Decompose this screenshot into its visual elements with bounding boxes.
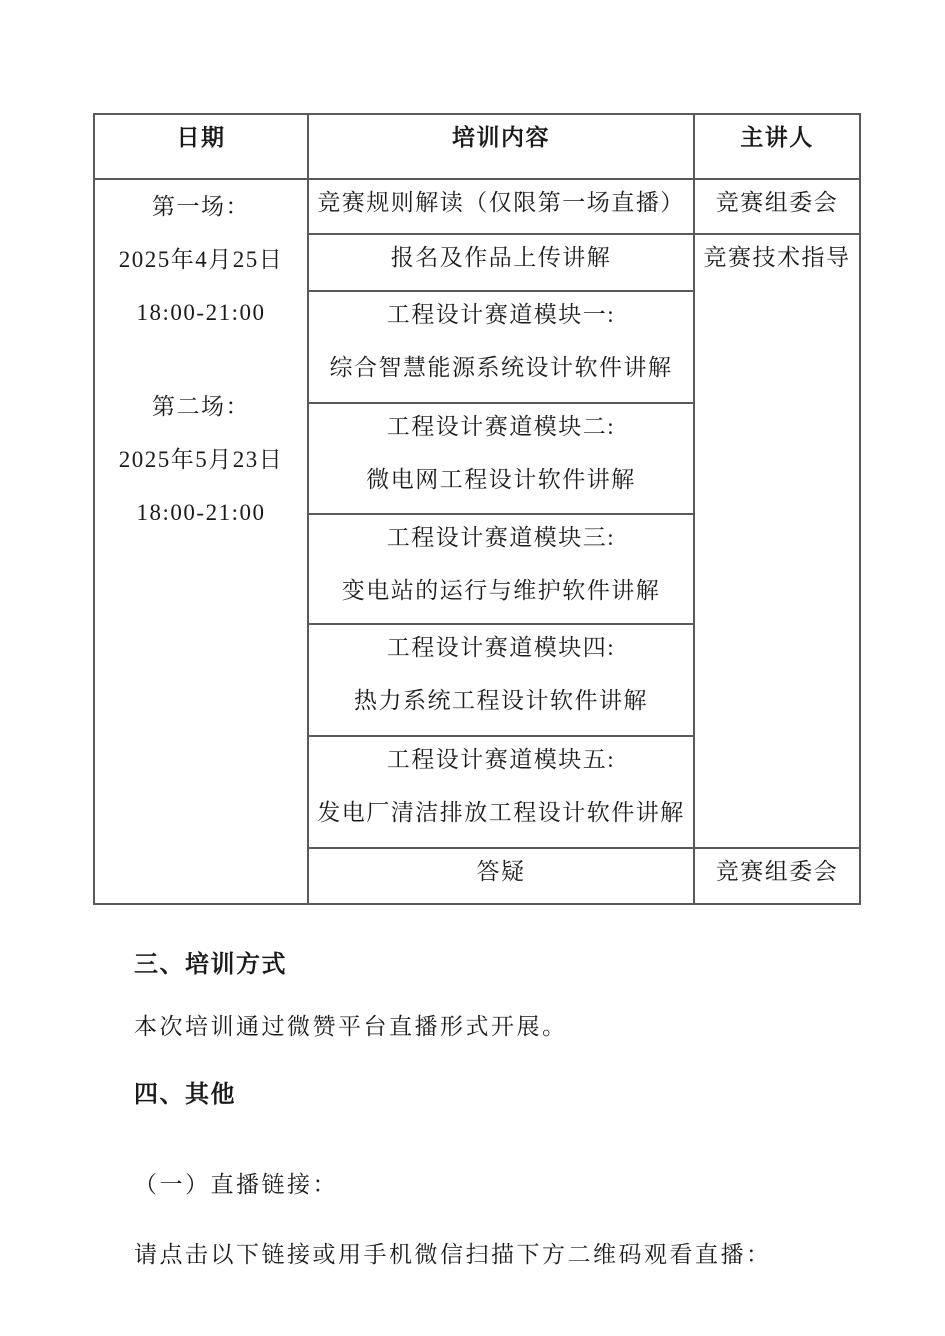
section3-body: 本次培训通过微赞平台直播形式开展。 — [134, 1013, 568, 1041]
header-date-label: 日期 — [95, 115, 307, 161]
content-line: 工程设计赛道模块二: — [309, 404, 693, 450]
section4-sub-heading: （一）直播链接： — [134, 1171, 338, 1199]
content-cell-rules: 竞赛规则解读（仅限第一场直播） — [308, 179, 694, 234]
section4-body: 请点击以下链接或用手机微信扫描下方二维码观看直播： — [134, 1241, 772, 1269]
content-line: 微电网工程设计软件讲解 — [309, 457, 693, 503]
content-cell-module1: 工程设计赛道模块一: 综合智慧能源系统设计软件讲解 — [308, 291, 694, 403]
content-line: 工程设计赛道模块三: — [309, 515, 693, 561]
session1-title: 第一场： — [95, 180, 307, 233]
session2-time: 18:00-21:00 — [95, 486, 307, 539]
content-line: 工程设计赛道模块五: — [309, 737, 693, 783]
header-date: 日期 — [94, 114, 308, 179]
document-page: 日期 培训内容 主讲人 第一场： 2025年4月25日 18:00-21:00 … — [0, 0, 945, 1336]
content-line: 工程设计赛道模块四: — [309, 625, 693, 671]
content-line: 变电站的运行与维护软件讲解 — [309, 568, 693, 614]
header-speaker: 主讲人 — [694, 114, 860, 179]
session-gap — [95, 339, 307, 380]
content-cell-qa: 答疑 — [308, 848, 694, 904]
content-line: 热力系统工程设计软件讲解 — [309, 678, 693, 724]
session2-date: 2025年5月23日 — [95, 433, 307, 486]
content-line: 工程设计赛道模块一: — [309, 292, 693, 338]
header-content-label: 培训内容 — [309, 115, 693, 161]
speaker-label: 竞赛组委会 — [695, 849, 859, 895]
content-line: 发电厂清洁排放工程设计软件讲解 — [309, 790, 693, 836]
session1-time: 18:00-21:00 — [95, 286, 307, 339]
content-cell-module2: 工程设计赛道模块二: 微电网工程设计软件讲解 — [308, 403, 694, 514]
content-cell-module4: 工程设计赛道模块四: 热力系统工程设计软件讲解 — [308, 624, 694, 736]
table-header-row: 日期 培训内容 主讲人 — [94, 114, 860, 179]
content-cell-module5: 工程设计赛道模块五: 发电厂清洁排放工程设计软件讲解 — [308, 736, 694, 848]
speaker-cell-committee-bottom: 竞赛组委会 — [694, 848, 860, 904]
content-line: 综合智慧能源系统设计软件讲解 — [309, 345, 693, 391]
speaker-label: 竞赛组委会 — [695, 180, 859, 226]
speaker-cell-technical: 竞赛技术指导 — [694, 234, 860, 848]
session2-title: 第二场： — [95, 380, 307, 433]
content-cell-signup: 报名及作品上传讲解 — [308, 234, 694, 291]
section4-heading: 四、其他 — [134, 1081, 236, 1109]
training-schedule-table: 日期 培训内容 主讲人 第一场： 2025年4月25日 18:00-21:00 … — [93, 113, 861, 905]
date-cell: 第一场： 2025年4月25日 18:00-21:00 第二场： 2025年5月… — [94, 179, 308, 904]
content-cell-module3: 工程设计赛道模块三: 变电站的运行与维护软件讲解 — [308, 514, 694, 624]
content-line: 答疑 — [309, 849, 693, 895]
speaker-label: 竞赛技术指导 — [695, 235, 859, 281]
header-speaker-label: 主讲人 — [695, 115, 859, 161]
header-content: 培训内容 — [308, 114, 694, 179]
content-line: 竞赛规则解读（仅限第一场直播） — [309, 180, 693, 226]
table-row: 第一场： 2025年4月25日 18:00-21:00 第二场： 2025年5月… — [94, 179, 860, 234]
speaker-cell-committee-top: 竞赛组委会 — [694, 179, 860, 234]
section3-heading: 三、培训方式 — [134, 951, 287, 979]
session1-date: 2025年4月25日 — [95, 233, 307, 286]
content-line: 报名及作品上传讲解 — [309, 235, 693, 281]
